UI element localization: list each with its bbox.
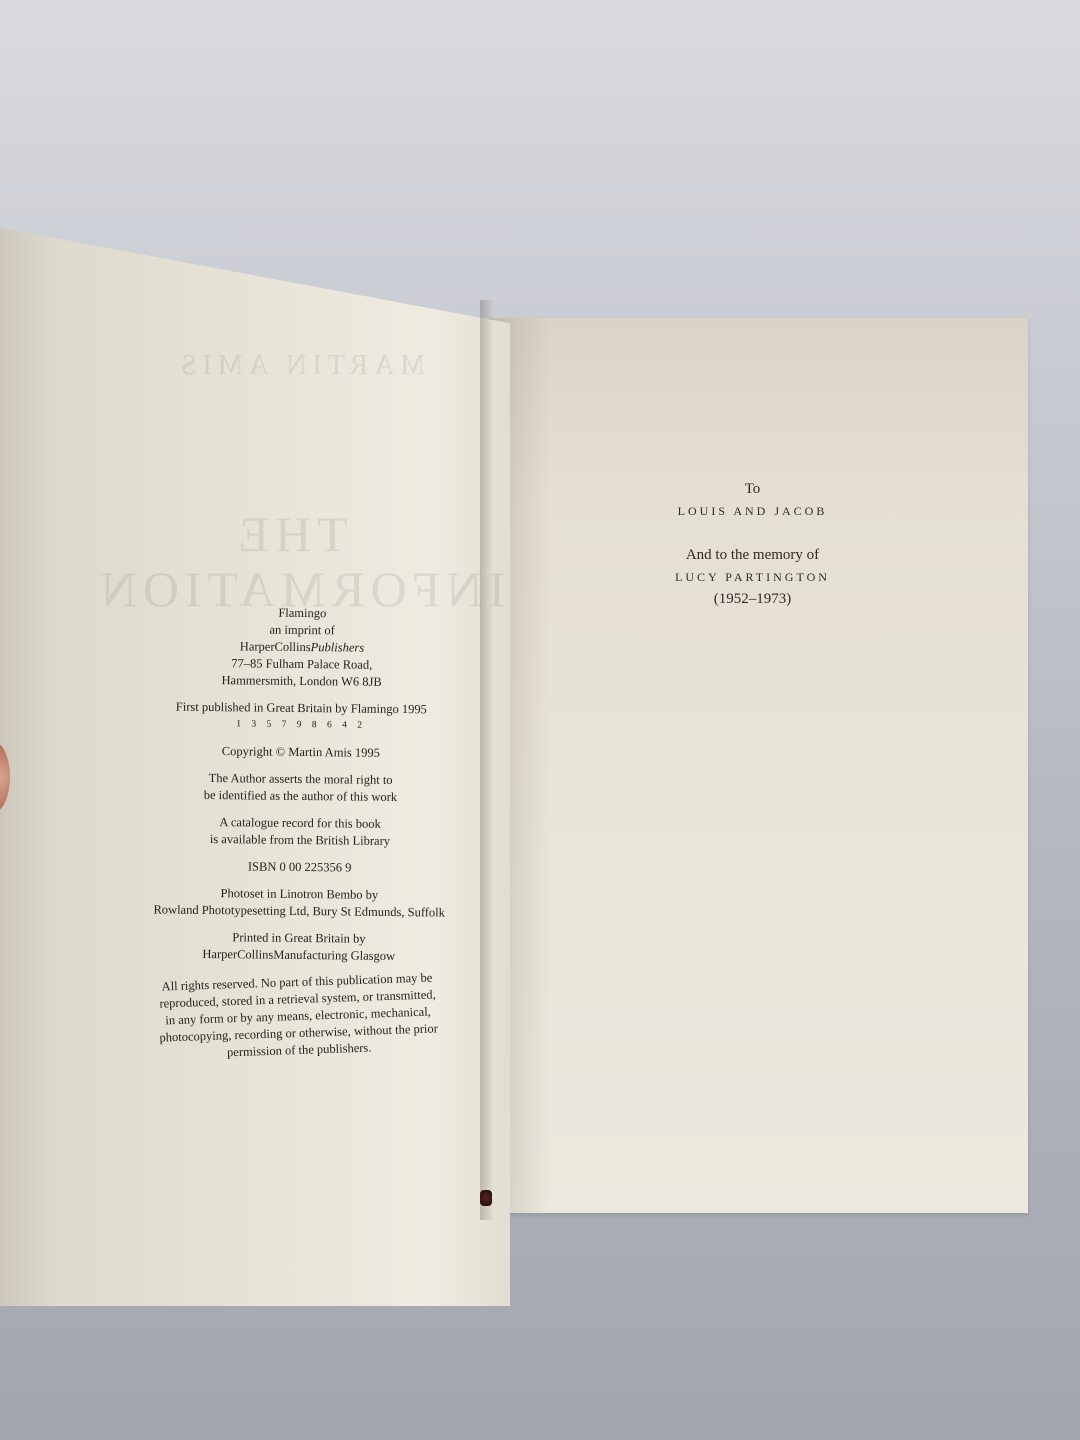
- copyright-imprint: Flamingo an imprint of HarperCollinsPubl…: [118, 603, 483, 1071]
- dedication-names: LOUIS AND JACOB: [620, 500, 885, 522]
- first-published-block: First published in Great Britain by Flam…: [121, 698, 481, 736]
- typesetting-block: Photoset in Linotron Bembo by Rowland Ph…: [119, 884, 479, 922]
- dedication-dates: (1952–1973): [620, 588, 885, 610]
- page-curl-shadow: [480, 300, 494, 1220]
- moral-right-line: be identified as the author of this work: [120, 786, 480, 807]
- catalogue-block: A catalogue record for this book is avai…: [120, 813, 480, 851]
- parent-publisher-suffix: Publishers: [311, 640, 365, 655]
- parent-publisher-name: HarperCollins: [240, 639, 311, 654]
- catalogue-line: is available from the British Library: [120, 830, 480, 851]
- dedication: To LOUIS AND JACOB And to the memory of …: [620, 478, 885, 610]
- rights-reserved-block: All rights reserved. No part of this pub…: [117, 968, 480, 1065]
- isbn: ISBN 0 00 225356 9: [120, 857, 480, 878]
- moral-right-block: The Author asserts the moral right to be…: [120, 769, 480, 807]
- dedication-to: To: [620, 478, 885, 500]
- photo-scene: To LOUIS AND JACOB And to the memory of …: [0, 0, 1080, 1440]
- show-through-author: MARTIN AMIS: [170, 350, 430, 382]
- dedication-memorial-name: LUCY PARTINGTON: [620, 566, 885, 588]
- dedication-memory-line: And to the memory of: [620, 544, 885, 566]
- printing-block: Printed in Great Britain by HarperCollin…: [119, 928, 479, 966]
- publisher-block: Flamingo an imprint of HarperCollinsPubl…: [122, 603, 483, 692]
- printing-line-text: HarperCollinsManufacturing Glasgow: [119, 945, 479, 966]
- printing-line: 1 3 5 7 9 8 6 4 2: [121, 715, 481, 736]
- dedication-page: To LOUIS AND JACOB And to the memory of …: [490, 318, 1028, 1213]
- typesetting-line: Rowland Phototypesetting Ltd, Bury St Ed…: [119, 901, 479, 922]
- book-headband: [480, 1190, 492, 1206]
- copyright-line: Copyright © Martin Amis 1995: [121, 742, 481, 763]
- address-line-2: Hammersmith, London W6 8JB: [122, 671, 482, 692]
- show-through-title-1: THE: [160, 505, 420, 563]
